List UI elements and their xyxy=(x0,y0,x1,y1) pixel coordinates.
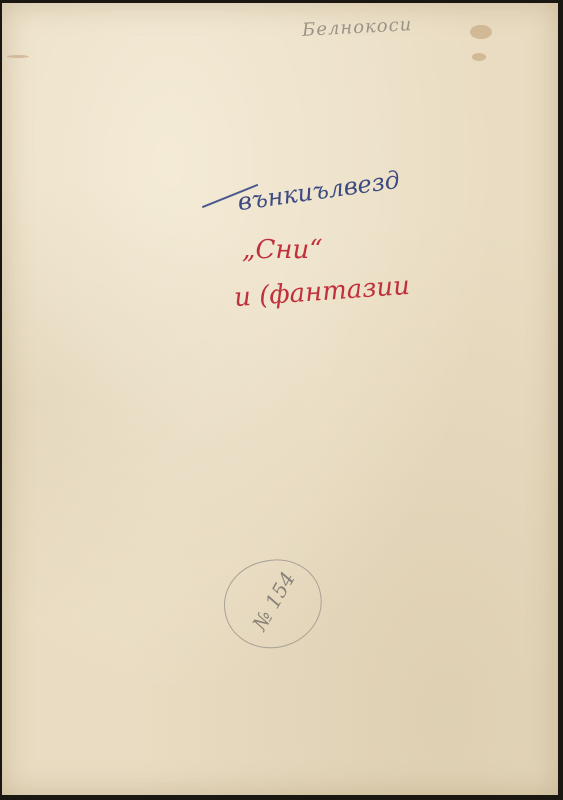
pencil-note-top: Белнокоси xyxy=(302,14,413,41)
stain xyxy=(470,25,492,39)
paper-sheet: Белнокоси вънкиълвезд „Сни“ и (фантазии … xyxy=(2,3,558,795)
red-ink-title: „Сни“ xyxy=(242,235,323,265)
red-ink-subtitle: и (фантазии xyxy=(233,271,411,313)
stain xyxy=(472,53,486,61)
stain xyxy=(7,55,29,58)
blue-ink-signature: вънкиълвезд xyxy=(236,166,402,216)
